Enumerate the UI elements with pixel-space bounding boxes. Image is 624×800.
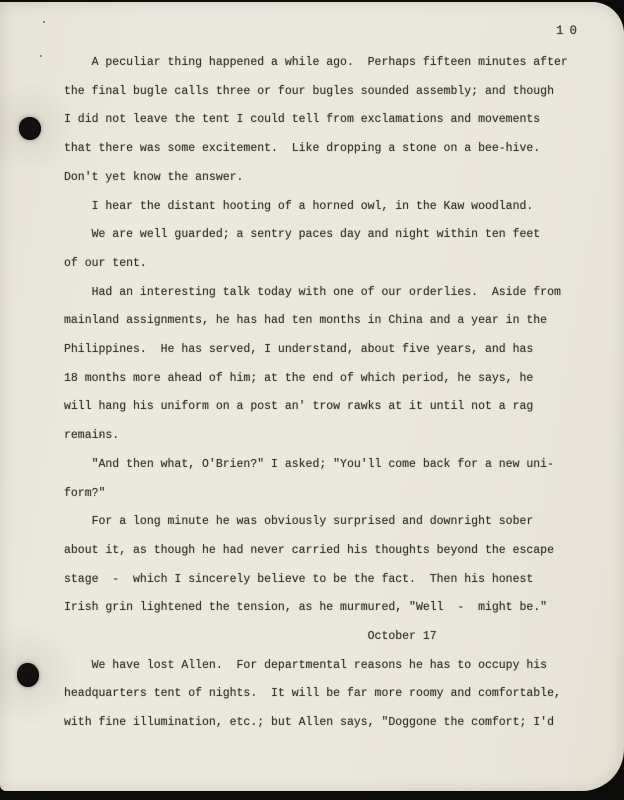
punch-hole-bottom [17, 663, 39, 687]
typewritten-line: I hear the distant hooting of a horned o… [64, 193, 616, 222]
typewritten-line: I did not leave the tent I could tell fr… [64, 106, 616, 135]
typewritten-line: stage - which I sincerely believe to be … [64, 566, 616, 595]
paper-speck [40, 55, 42, 57]
typewritten-line: We are well guarded; a sentry paces day … [64, 221, 616, 250]
typewritten-line: with fine illumination, etc.; but Allen … [64, 709, 616, 738]
typewritten-line: Philippines. He has served, I understand… [64, 336, 616, 365]
typewritten-line: October 17 [64, 623, 616, 652]
punch-hole-top [19, 117, 41, 140]
typewritten-line: 18 months more ahead of him; at the end … [64, 365, 616, 394]
typewritten-line: the final bugle calls three or four bugl… [64, 78, 616, 107]
typewritten-line: We have lost Allen. For departmental rea… [64, 652, 616, 681]
typewritten-line: "And then what, O'Brien?" I asked; "You'… [64, 451, 616, 480]
typewritten-line: mainland assignments, he has had ten mon… [64, 307, 616, 336]
paper-speck [100, 434, 102, 436]
paper-speck [43, 21, 45, 23]
typewritten-line: Don't yet know the answer. [64, 164, 616, 193]
typewritten-line: Had an interesting talk today with one o… [64, 279, 616, 308]
paper-sheet: 10 A peculiar thing happened a while ago… [0, 2, 624, 791]
typewritten-line: about it, as though he had never carried… [64, 537, 616, 566]
typewritten-line: headquarters tent of nights. It will be … [64, 680, 616, 709]
typewritten-line: will hang his uniform on a post an' trow… [64, 393, 616, 422]
scanned-page-background: 10 A peculiar thing happened a while ago… [0, 0, 624, 800]
typewritten-line: remains. [64, 422, 616, 451]
typewritten-line: of our tent. [64, 250, 616, 279]
typewritten-line: For a long minute he was obviously surpr… [64, 508, 616, 537]
typewritten-line: form?" [64, 480, 616, 509]
typewritten-line: Irish grin lightened the tension, as he … [64, 594, 616, 623]
typewritten-line: that there was some excitement. Like dro… [64, 135, 616, 164]
typewritten-text-block: A peculiar thing happened a while ago. P… [64, 49, 616, 738]
page-number: 10 [556, 24, 583, 38]
typewritten-line: A peculiar thing happened a while ago. P… [64, 49, 616, 78]
